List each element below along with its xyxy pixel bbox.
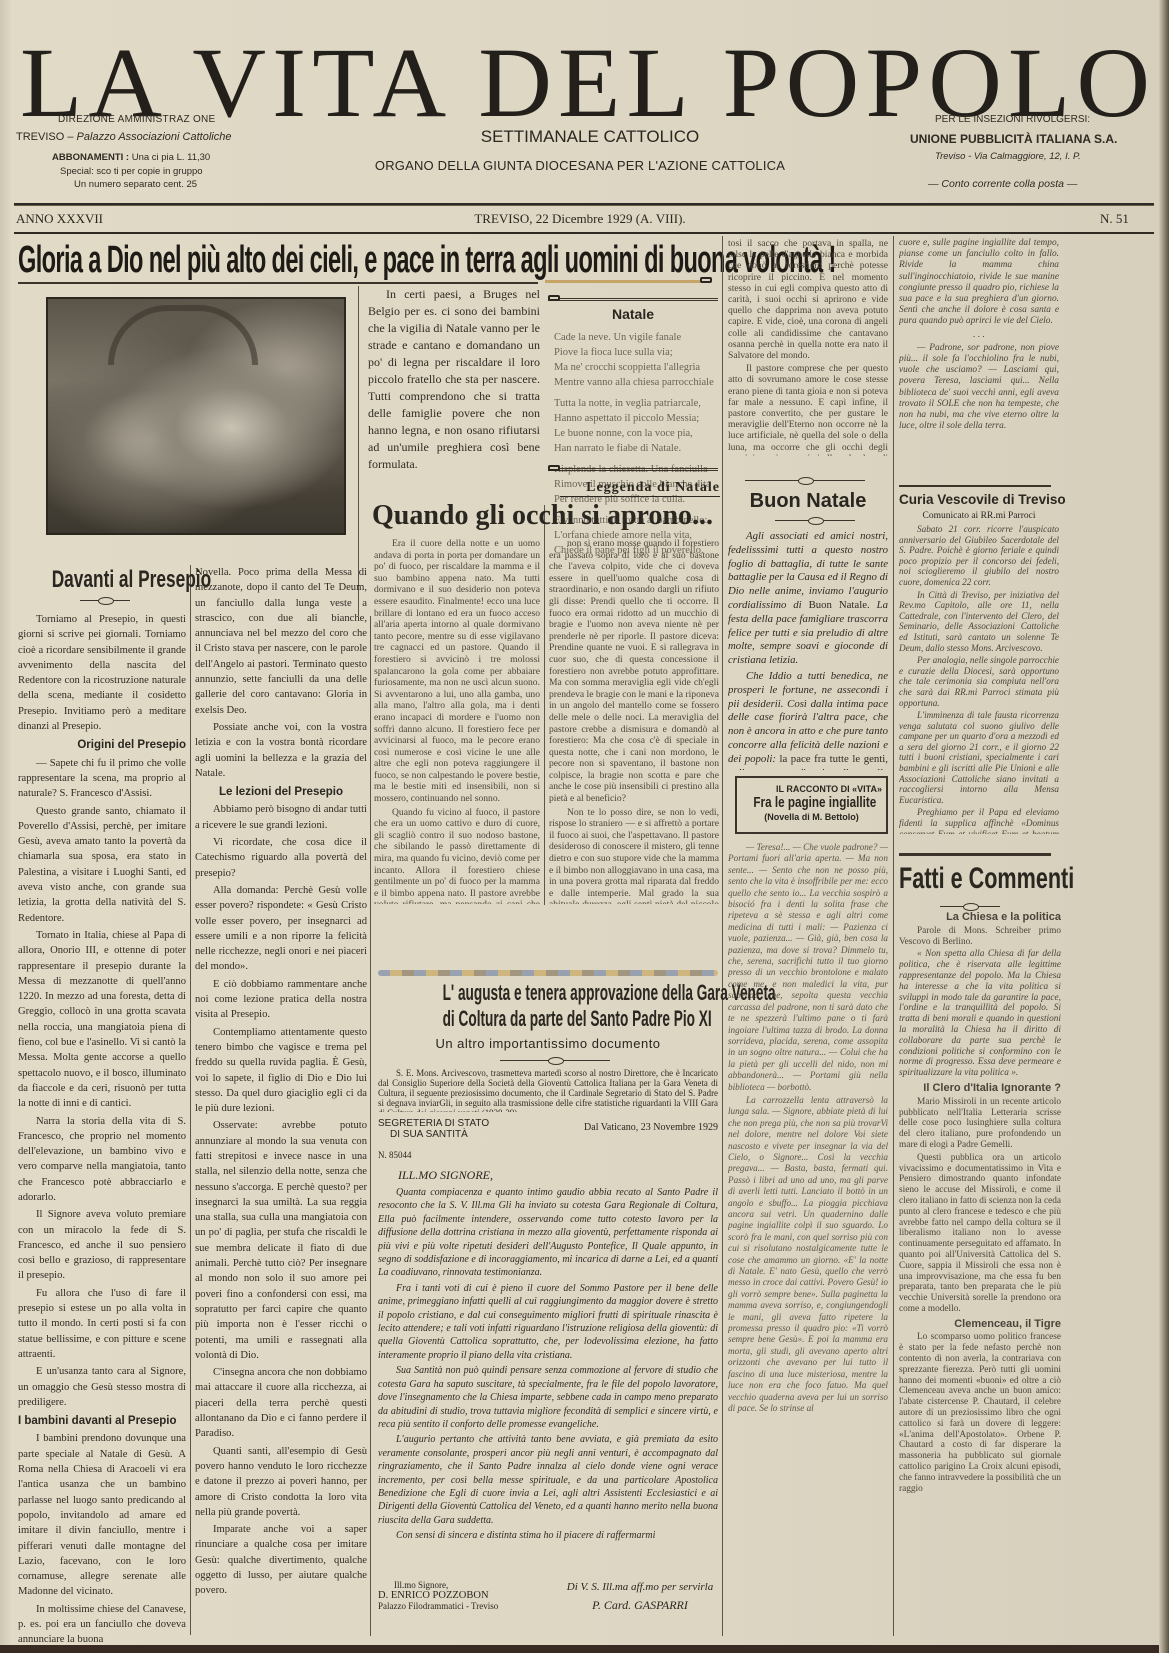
leggenda-text: Era il cuore della notte e un uomo andav… bbox=[374, 538, 540, 805]
presepio-paragraph: Imparate anche voi a saper rinunciare a … bbox=[195, 1522, 367, 1598]
racconto-text: — Teresa!... — Che vuole padrone? — Port… bbox=[728, 842, 888, 1642]
gara-headline-line-1: L' augusta e tenera approvazione della G… bbox=[443, 980, 654, 1006]
letter-paragraph: Sua Santità non può quindi pensare senza… bbox=[378, 1364, 718, 1431]
ads-contact: PER LE INSEZIONI RIVOLGERSI: bbox=[935, 114, 1090, 125]
racconto-subtitle: (Novella di M. Bettolo) bbox=[737, 812, 886, 822]
address-label: Palazzo Associazioni Cattoliche bbox=[77, 131, 232, 143]
presepio-paragraph: Possiate anche voi, con la vostra letizi… bbox=[195, 720, 367, 781]
letter-paragraph: Fra i tanti voti di cui è pieno il cuore… bbox=[378, 1282, 718, 1362]
bruges-article: In certi paesi, a Bruges nel Belgio per … bbox=[368, 286, 540, 476]
presepio-paragraph: Osservate: avrebbe potuto annunziare al … bbox=[195, 1118, 367, 1363]
curia-title: Curia Vescovile di Treviso bbox=[899, 492, 1059, 507]
masthead-direction: DIREZIONE AMMINISTRAZ ONE bbox=[58, 114, 216, 125]
leggenda-continuation: tosi il sacco che portava in spalla, ne … bbox=[728, 238, 888, 456]
leggenda-kicker: Leggenda di Natale bbox=[560, 480, 720, 497]
presepio-paragraph: Alla domanda: Perchè Gesù volle esser po… bbox=[195, 883, 367, 975]
subscriptions-value: Una ci pia L. 11,30 bbox=[132, 152, 211, 163]
leggenda-text: non si erano mosse quando il forestiero … bbox=[549, 538, 719, 805]
presepio-paragraph: C'insegna ancora che non dobbiamo mai at… bbox=[195, 1365, 367, 1441]
gara-place-date: Dal Vaticano, 23 Novembre 1929 bbox=[570, 1122, 718, 1133]
presepio-paragraph: Torniamo al Presepio, in questi giorni s… bbox=[18, 612, 186, 734]
section-heading: Clemenceau, il Tigre bbox=[899, 1319, 1061, 1330]
poem-line: Han narrato le fiabe di Natale. bbox=[554, 441, 720, 456]
postal-account: — Conto corrente colla posta — bbox=[928, 178, 1077, 190]
story-text: — Teresa!... — Che vuole padrone? — Port… bbox=[728, 842, 888, 1093]
gara-headline: L' augusta e tenera approvazione della G… bbox=[378, 980, 718, 1032]
story-text: La carrozzella lenta attraversò la lunga… bbox=[728, 1095, 888, 1414]
presepio-paragraph: Questo grande santo, chiamato il Poverel… bbox=[18, 804, 186, 926]
story-text: cuore e, sulle pagine ingiallite dal tem… bbox=[899, 238, 1059, 328]
leggenda-col-2: non si erano mosse quando il forestiero … bbox=[549, 538, 719, 904]
section-text: Parole di Mons. Schreiber primo Vescovo … bbox=[899, 926, 1061, 948]
poem-line: Tutta la notte, in veglia patriarcale, bbox=[554, 396, 720, 411]
addressee-line: Ill.mo Signore, bbox=[378, 1580, 498, 1591]
gara-signature: P. Card. GASPARRI bbox=[560, 1598, 720, 1613]
ads-agency: UNIONE PUBBLICITÀ ITALIANA S.A. bbox=[910, 132, 1117, 146]
issue-number: N. 51 bbox=[1100, 211, 1129, 227]
section-text: « Non spetta alla Chiesa di far della po… bbox=[899, 949, 1061, 1079]
letter-paragraph: L'augurio pertanto che attività tanto be… bbox=[378, 1433, 718, 1527]
presepio-paragraph: — Sapete chi fu il primo che volle rappr… bbox=[18, 756, 186, 802]
poem-line: Le buone nonne, con la voce pia, bbox=[554, 426, 720, 441]
section-heading: La Chiesa e la politica bbox=[899, 912, 1061, 923]
poem-line: Ma ne' crocchi scoppietta l'allegria bbox=[554, 360, 720, 375]
presepio-paragraph: Il Signore aveva voluto premiare con un … bbox=[18, 1207, 186, 1283]
racconto-continuation: cuore e, sulle pagine ingiallite dal tem… bbox=[899, 238, 1059, 458]
gara-headline-line-2: di Coltura da parte del Santo Padre Pio … bbox=[443, 1006, 654, 1032]
issue-year: ANNO XXXVII bbox=[16, 211, 103, 227]
presepio-paragraph: Tornato in Italia, chiese al Papa di all… bbox=[18, 928, 186, 1112]
gara-addressee: Ill.mo Signore, D. ENRICO POZZOBON Palaz… bbox=[378, 1580, 498, 1612]
masthead-subtitle: SETTIMANALE CATTOLICO bbox=[380, 127, 800, 147]
greeting-text: la pace fra tutte le genti, bbox=[779, 753, 888, 765]
poem-line: Mentre vanno alla chiesa parrocchiale bbox=[554, 375, 720, 390]
bruges-text: In certi paesi, a Bruges nel Belgio per … bbox=[368, 286, 540, 473]
story-separator: . . . bbox=[899, 330, 1059, 341]
gara-subhead: Un altro importantissimo documento bbox=[378, 1036, 718, 1051]
sender-line: DI SUA SANTITÀ bbox=[378, 1129, 489, 1140]
story-text: — Padrone, sor padrone, non piove più...… bbox=[899, 343, 1059, 433]
issue-date: TREVISO, 22 Dicembre 1929 (A. VIII). bbox=[300, 211, 860, 227]
buon-natale-text: Agli associati ed amici nostri, fedeliss… bbox=[728, 530, 888, 770]
presepio-paragraph: Contempliamo attentamente questo tenero … bbox=[195, 1025, 367, 1117]
masthead-city: TREVISO – Palazzo Associazioni Cattolich… bbox=[16, 131, 231, 143]
curia-subtitle: Comunicato ai RR.mi Parroci bbox=[899, 511, 1059, 521]
section-text: Mario Missiroli in un recente articolo p… bbox=[899, 1097, 1061, 1151]
curia-paragraph: Preghiamo per il Papa ed eleviamo fident… bbox=[899, 807, 1059, 834]
gara-letter-body: Quanta compiacenza e quanto intimo gaudi… bbox=[378, 1186, 718, 1566]
leggenda-title: Quando gli occhi si aprono... bbox=[372, 500, 722, 532]
greeting-text: Che Iddio a tutti benedica, ne prosperi … bbox=[728, 670, 888, 765]
section-heading: I bambini davanti al Presepio bbox=[18, 1414, 186, 1429]
gara-intro-text: S. E. Mons. Arcivescovo, trasmetteva mar… bbox=[378, 1068, 718, 1112]
masthead-organ: ORGANO DELLA GIUNTA DIOCESANA PER L'AZIO… bbox=[300, 158, 860, 173]
ads-address: Treviso - Via Calmaggiore, 12, I. P. bbox=[935, 151, 1081, 162]
sender-line: SEGRETERIA DI STATO bbox=[378, 1118, 489, 1129]
letter-paragraph: Quanta compiacenza e quanto intimo gaudi… bbox=[378, 1186, 718, 1280]
leggenda-text: Il pastore comprese che per questo atto … bbox=[728, 363, 888, 456]
letter-paragraph: Con sensi di sincera e distinta stima ho… bbox=[378, 1529, 718, 1542]
racconto-box: IL RACCONTO DI «VITA» Fra le pagine ingi… bbox=[735, 776, 888, 834]
section-text: Questi pubblica ora un articolo vivaciss… bbox=[899, 1153, 1061, 1315]
presepio-paragraph: Vi ricordate, che cosa dice il Catechism… bbox=[195, 835, 367, 881]
subscriptions-special: Special: sco ti per copie in gruppo bbox=[60, 166, 203, 177]
presepio-paragraph: E ciò dobbiamo rammentare anche noi come… bbox=[195, 977, 367, 1023]
greeting-text: nella tregua d'ogni odio, nello spegnime… bbox=[728, 767, 888, 770]
racconto-title: Fra le pagine ingiallite bbox=[753, 794, 869, 812]
section-text: Lo scomparso uomo politico francese è st… bbox=[899, 1332, 1061, 1494]
addressee-line: Palazzo Filodrammatici - Treviso bbox=[378, 1601, 498, 1612]
racconto-kicker: IL RACCONTO DI «VITA» bbox=[737, 784, 886, 794]
leggenda-col-1: Era il cuore della notte e un uomo andav… bbox=[374, 538, 540, 904]
bruges-text-2: Quanti poveri ci sono forse che attendon… bbox=[368, 475, 540, 476]
presepio-paragraph: E un'usanza tanto cara al Signore, un om… bbox=[18, 1364, 186, 1410]
presepio-paragraph: In moltissime chiese del Canavese, p. es… bbox=[18, 1602, 186, 1642]
banner-headline: Gloria a Dio nel più alto dei cieli, e p… bbox=[18, 238, 836, 282]
leggenda-text: Quando fu vicino al fuoco, il pastore ch… bbox=[374, 807, 540, 904]
leggenda-text: Non te lo posso dire, se non lo vedi, ri… bbox=[549, 807, 719, 904]
presepio-paragraph: Narra la storia della vita di S. Frances… bbox=[18, 1114, 186, 1206]
gara-protocol: N. 85044 bbox=[378, 1150, 412, 1160]
single-issue-price: Un numero separato cent. 25 bbox=[74, 179, 197, 190]
greeting-text: Buon Natale. bbox=[809, 599, 870, 611]
poem-title: Natale bbox=[548, 306, 718, 322]
presepio-paragraph: I bambini prendono dovunque una parte sp… bbox=[18, 1431, 186, 1599]
subscriptions: ABBONAMENTI : Una ci pia L. 11,30 bbox=[52, 152, 210, 163]
gara-sender: SEGRETERIA DI STATO DI SUA SANTITÀ bbox=[378, 1118, 489, 1140]
section-heading: Origini del Presepio bbox=[18, 738, 186, 753]
curia-paragraph: Per analogia, nelle singole parrocchie e… bbox=[899, 655, 1059, 708]
poem-line: Piove la fioca luce sulla via; bbox=[554, 345, 720, 360]
poem-line: Hanno aspettato il piccolo Messia; bbox=[554, 411, 720, 426]
nativity-painting-image bbox=[46, 297, 346, 535]
curia-paragraph: In Città di Treviso, per iniziativa del … bbox=[899, 590, 1059, 654]
fatti-commenti-title: Fatti e Commenti bbox=[899, 862, 1014, 896]
gara-intro: S. E. Mons. Arcivescovo, trasmetteva mar… bbox=[378, 1068, 718, 1112]
gara-closing: Di V. S. Ill.ma aff.mo per servirla bbox=[560, 1581, 720, 1593]
presepio-paragraph: Quanti santi, all'esempio di Gesù povero… bbox=[195, 1444, 367, 1520]
curia-paragraph: L'imminenza di tale fausta ricorrenza ve… bbox=[899, 710, 1059, 805]
presepio-text: Torniamo al Presepio, in questi giorni s… bbox=[18, 612, 186, 1642]
section-heading: Il Clero d'Italia Ignorante ? bbox=[899, 1083, 1061, 1094]
curia-paragraph: Sabato 21 corr. ricorre l'auspicato anni… bbox=[899, 524, 1059, 588]
buon-natale-title: Buon Natale bbox=[728, 488, 888, 514]
presepio-paragraph: Fu allora che l'uso di fare il presepio … bbox=[18, 1286, 186, 1362]
leggenda-text: tosi il sacco che portava in spalla, ne … bbox=[728, 238, 888, 361]
presepio-paragraph: Abbiamo però bisogno di andar tutti a ri… bbox=[195, 802, 367, 833]
curia-text: Sabato 21 corr. ricorre l'auspicato anni… bbox=[899, 524, 1059, 834]
presepio-title: Davanti al Presepio bbox=[52, 565, 164, 595]
addressee-name: D. ENRICO POZZOBON bbox=[378, 1591, 498, 1602]
presepio-paragraph: Novella. Poco prima della Messa di mezza… bbox=[195, 565, 367, 718]
fatti-commenti-text: La Chiesa e la politica Parole di Mons. … bbox=[899, 912, 1061, 1637]
presepio-col-2: Novella. Poco prima della Messa di mezza… bbox=[195, 565, 367, 1640]
newspaper-page: LA VITA DEL POPOLO DIREZIONE AMMINISTRAZ… bbox=[0, 0, 1169, 1653]
gara-salutation: ILL.MO SIGNORE, bbox=[398, 1168, 493, 1183]
subscriptions-label: ABBONAMENTI : bbox=[52, 152, 129, 163]
poem-line: Cade la neve. Un vigile fanale bbox=[554, 330, 720, 345]
section-heading: Le lezioni del Presepio bbox=[195, 785, 367, 800]
city-label: TREVISO bbox=[16, 131, 64, 143]
